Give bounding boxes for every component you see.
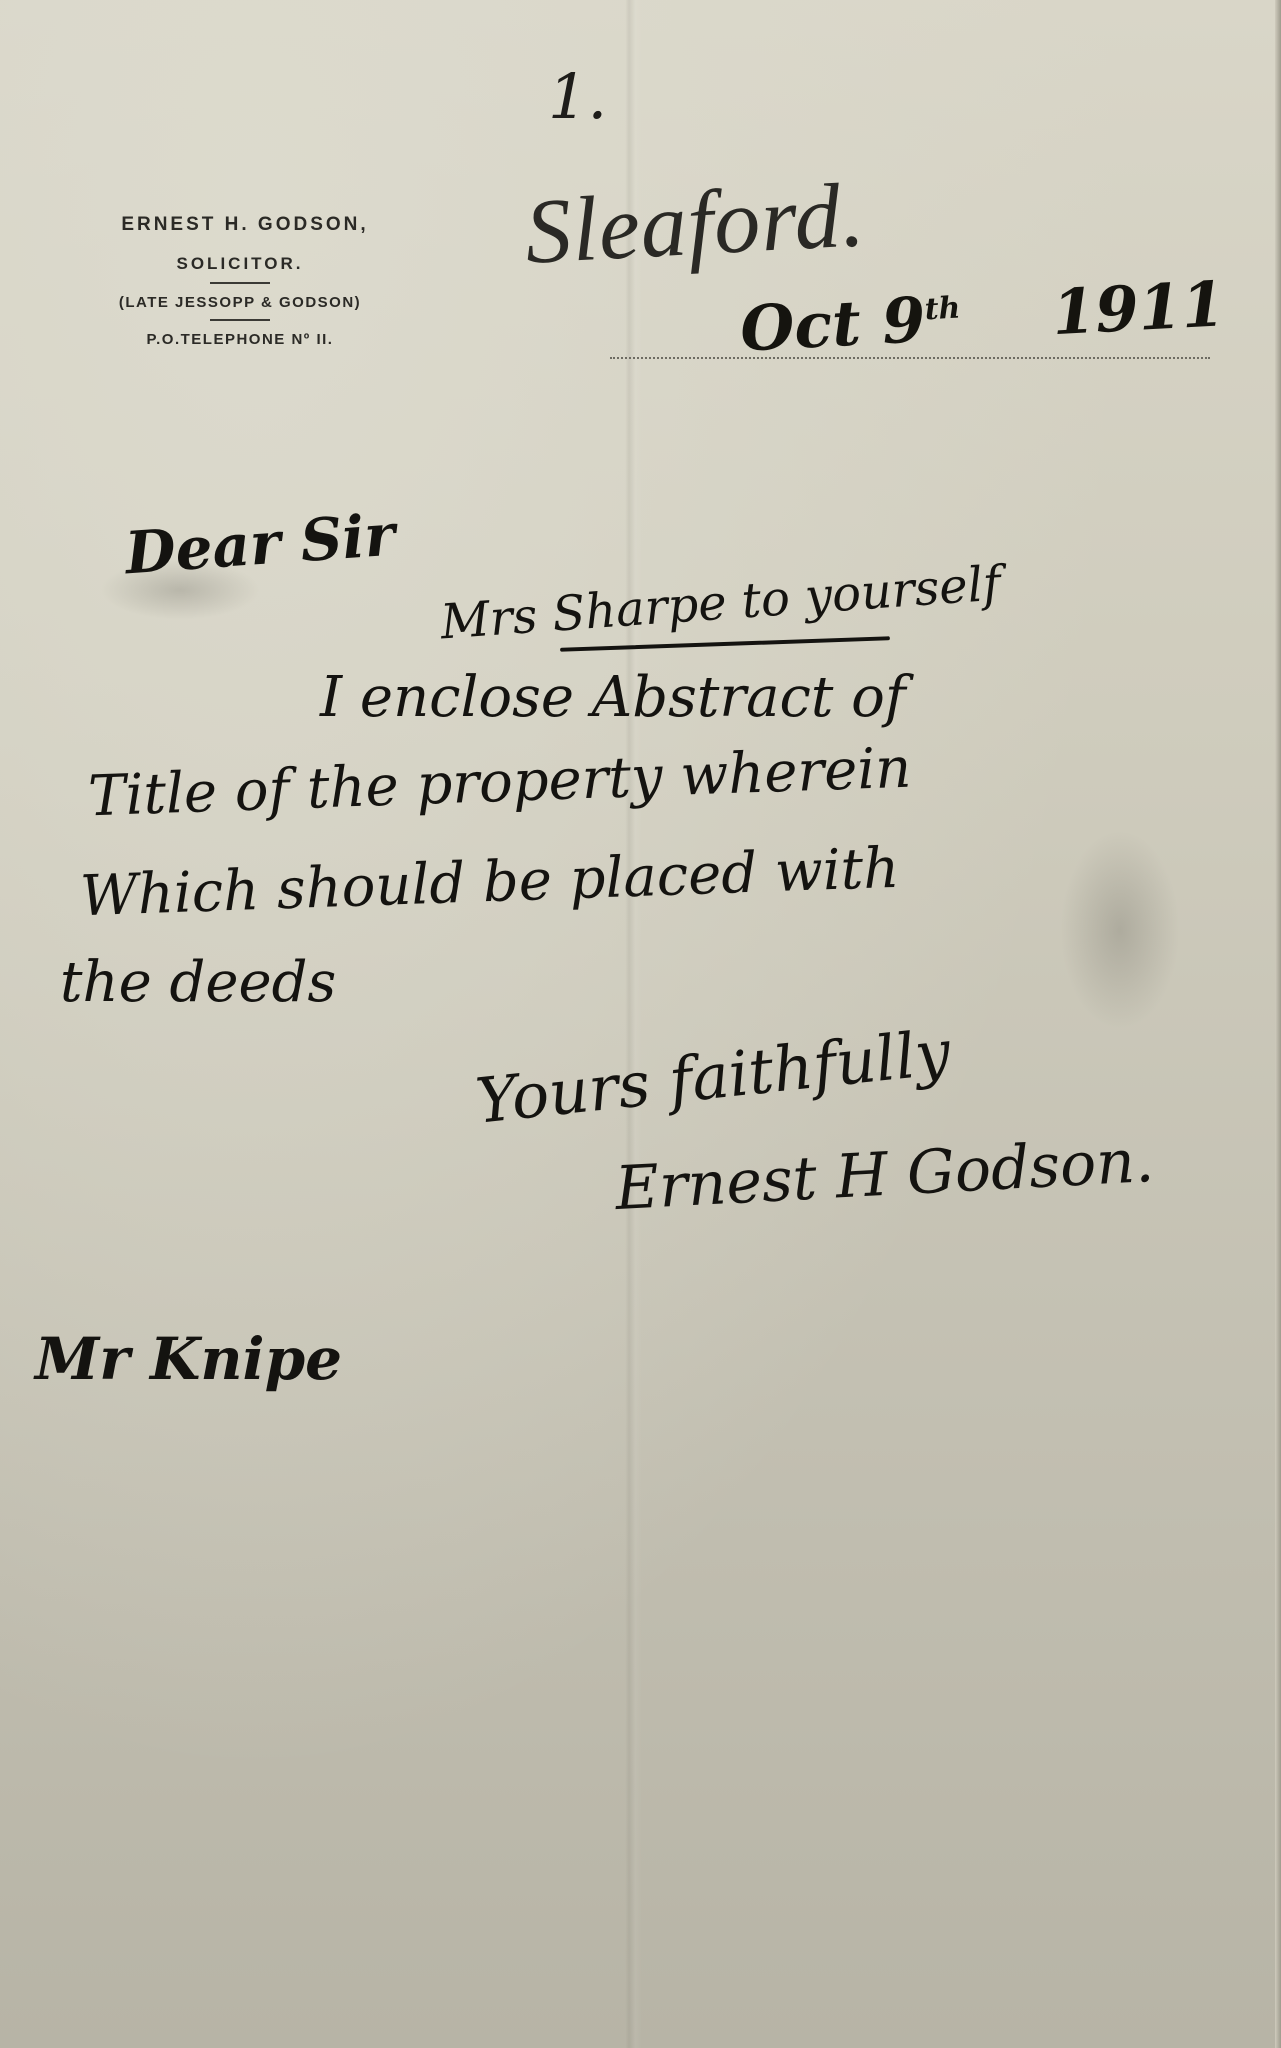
addressee: Mr Knipe — [35, 1325, 342, 1393]
date-ordinal: th — [924, 291, 961, 328]
body-line: I enclose Abstract of — [320, 665, 906, 730]
date-dotted-line — [610, 357, 1210, 359]
ink-smudge — [1060, 830, 1180, 1030]
paper-edge — [1275, 0, 1281, 2048]
letterhead-former-firm: (LATE JESSOPP & GODSON) — [70, 294, 410, 311]
date-month-day: Oct 9 — [738, 283, 927, 366]
date-year: 1911 — [1050, 267, 1226, 349]
letterhead: ERNEST H. GODSON, SOLICITOR. (LATE JESSO… — [70, 214, 410, 348]
letterhead-divider — [210, 282, 270, 284]
letterhead-telephone: P.O.TELEPHONE Nº II. — [70, 331, 410, 348]
page-number: 1. — [548, 60, 607, 133]
body-line: the deeds — [60, 950, 336, 1015]
letterhead-divider — [210, 319, 270, 321]
place-name: Sleaford. — [522, 161, 867, 285]
letterhead-name: ERNEST H. GODSON, — [80, 214, 410, 236]
letterhead-title: SOLICITOR. — [70, 254, 410, 274]
